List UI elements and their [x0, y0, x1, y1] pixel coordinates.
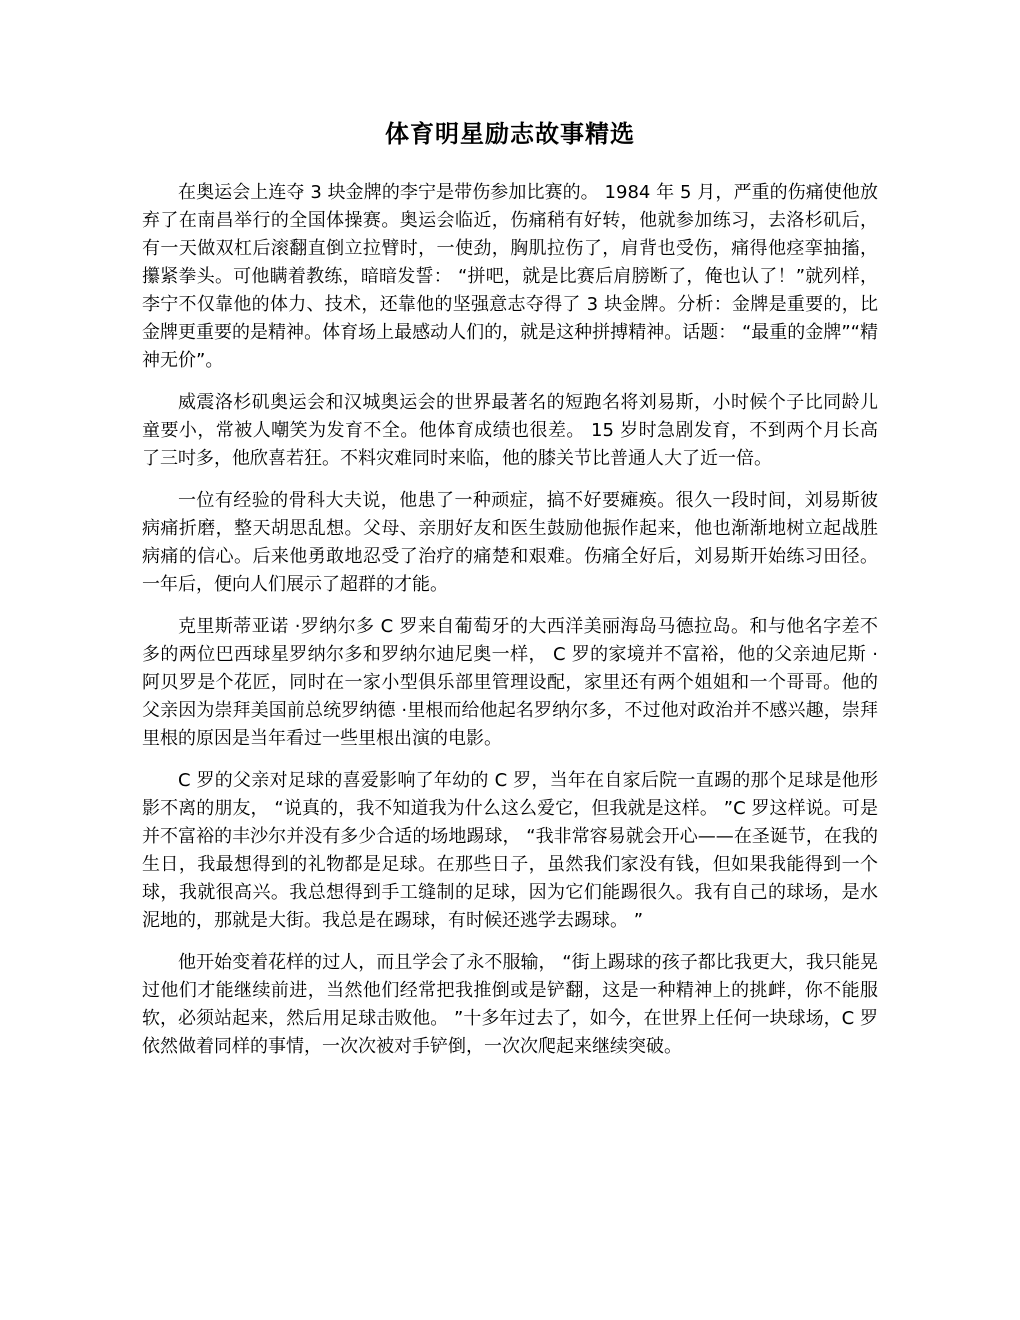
paragraph-ronaldo-perseverance: 他开始变着花样的过人，而且学会了永不服输， “街上踢球的孩子都比我更大，我只能晃…	[142, 949, 878, 1061]
document-page: 体育明星励志故事精选 在奥运会上连夺 3 块金牌的李宁是带伤参加比赛的。 198…	[0, 0, 1020, 1320]
document-title: 体育明星励志故事精选	[142, 121, 878, 147]
paragraph-ronaldo-football-love: C 罗的父亲对足球的喜爱影响了年幼的 C 罗，当年在自家后院一直踢的那个足球是他…	[142, 767, 878, 935]
paragraph-ronaldo-family: 克里斯蒂亚诺 ·罗纳尔多 C 罗来自葡萄牙的大西洋美丽海岛马德拉岛。和与他名字差…	[142, 613, 878, 753]
document-body: 在奥运会上连夺 3 块金牌的李宁是带伤参加比赛的。 1984 年 5 月，严重的…	[142, 179, 878, 1061]
paragraph-lewis-intro: 威震洛杉矶奥运会和汉城奥运会的世界最著名的短跑名将刘易斯，小时候个子比同龄儿童要…	[142, 389, 878, 473]
paragraph-lewis-recovery: 一位有经验的骨科大夫说，他患了一种顽症，搞不好要瘫痪。很久一段时间，刘易斯彼病痛…	[142, 487, 878, 599]
paragraph-li-ning: 在奥运会上连夺 3 块金牌的李宁是带伤参加比赛的。 1984 年 5 月，严重的…	[142, 179, 878, 375]
